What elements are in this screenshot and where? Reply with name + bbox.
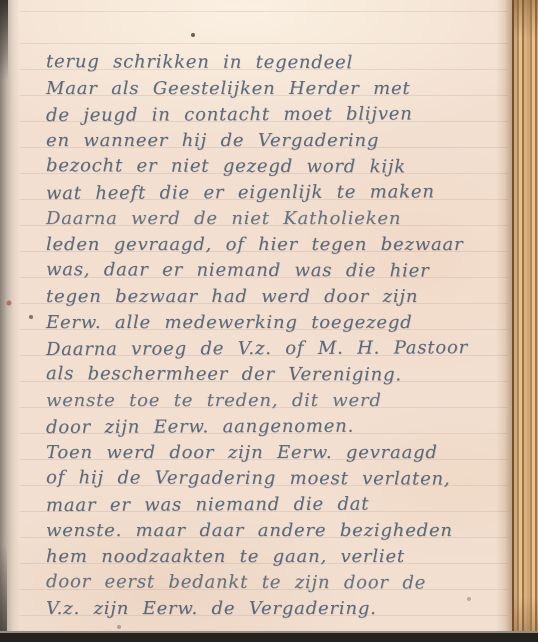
text-line: Eerw. alle medewerking toegezegd xyxy=(46,310,520,336)
text-line: Daarna werd de niet Katholieken xyxy=(46,206,520,232)
paper-specks xyxy=(0,0,2,2)
text-line: de jeugd in contacht moet blijven xyxy=(46,101,520,129)
text-line: was, daar er niemand was die hier xyxy=(46,257,520,285)
book-bottom-edge xyxy=(0,631,538,642)
text-line: hem noodzaakten te gaan, verliet xyxy=(46,544,520,570)
notebook-page: terug schrikken in tegendeelMaar als Gee… xyxy=(0,0,538,642)
book-fore-edge xyxy=(512,0,538,635)
text-line: terug schrikken in tegendeel xyxy=(46,49,520,77)
handwritten-text: terug schrikken in tegendeelMaar als Gee… xyxy=(46,50,520,622)
text-line: leden gevraagd, of hier tegen bezwaar xyxy=(46,232,520,258)
text-line: tegen bezwaar had werd door zijn xyxy=(46,284,520,310)
page-crease-shadow xyxy=(496,0,512,633)
text-line: V.z. zijn Eerw. de Vergadering. xyxy=(46,596,520,622)
text-line: en wanneer hij de Vergadering xyxy=(46,128,520,154)
text-line: bezocht er niet gezegd word kijk xyxy=(46,153,520,181)
binding-corner-bottom xyxy=(0,545,7,635)
text-line: Daarna vroeg de V.z. of M. H. Pastoor xyxy=(46,335,520,363)
text-line: of hij de Vergadering moest verlaten, xyxy=(46,465,520,493)
text-line: Maar als Geestelijken Herder met xyxy=(46,76,520,102)
binding-corner-top xyxy=(0,0,8,80)
text-line: wat heeft die er eigenlijk te maken xyxy=(46,179,520,207)
text-line: maar er was niemand die dat xyxy=(46,491,520,519)
text-line: wenste toe te treden, dit werd xyxy=(46,388,520,414)
binding-edge xyxy=(0,0,20,635)
text-line: door eerst bedankt te zijn door de xyxy=(46,569,520,597)
text-line: Toen werd door zijn Eerw. gevraagd xyxy=(46,440,520,466)
text-line: door zijn Eerw. aangenomen. xyxy=(46,413,520,441)
text-line: als beschermheer der Vereniging. xyxy=(46,361,520,389)
text-line: wenste. maar daar andere bezigheden xyxy=(46,518,520,544)
